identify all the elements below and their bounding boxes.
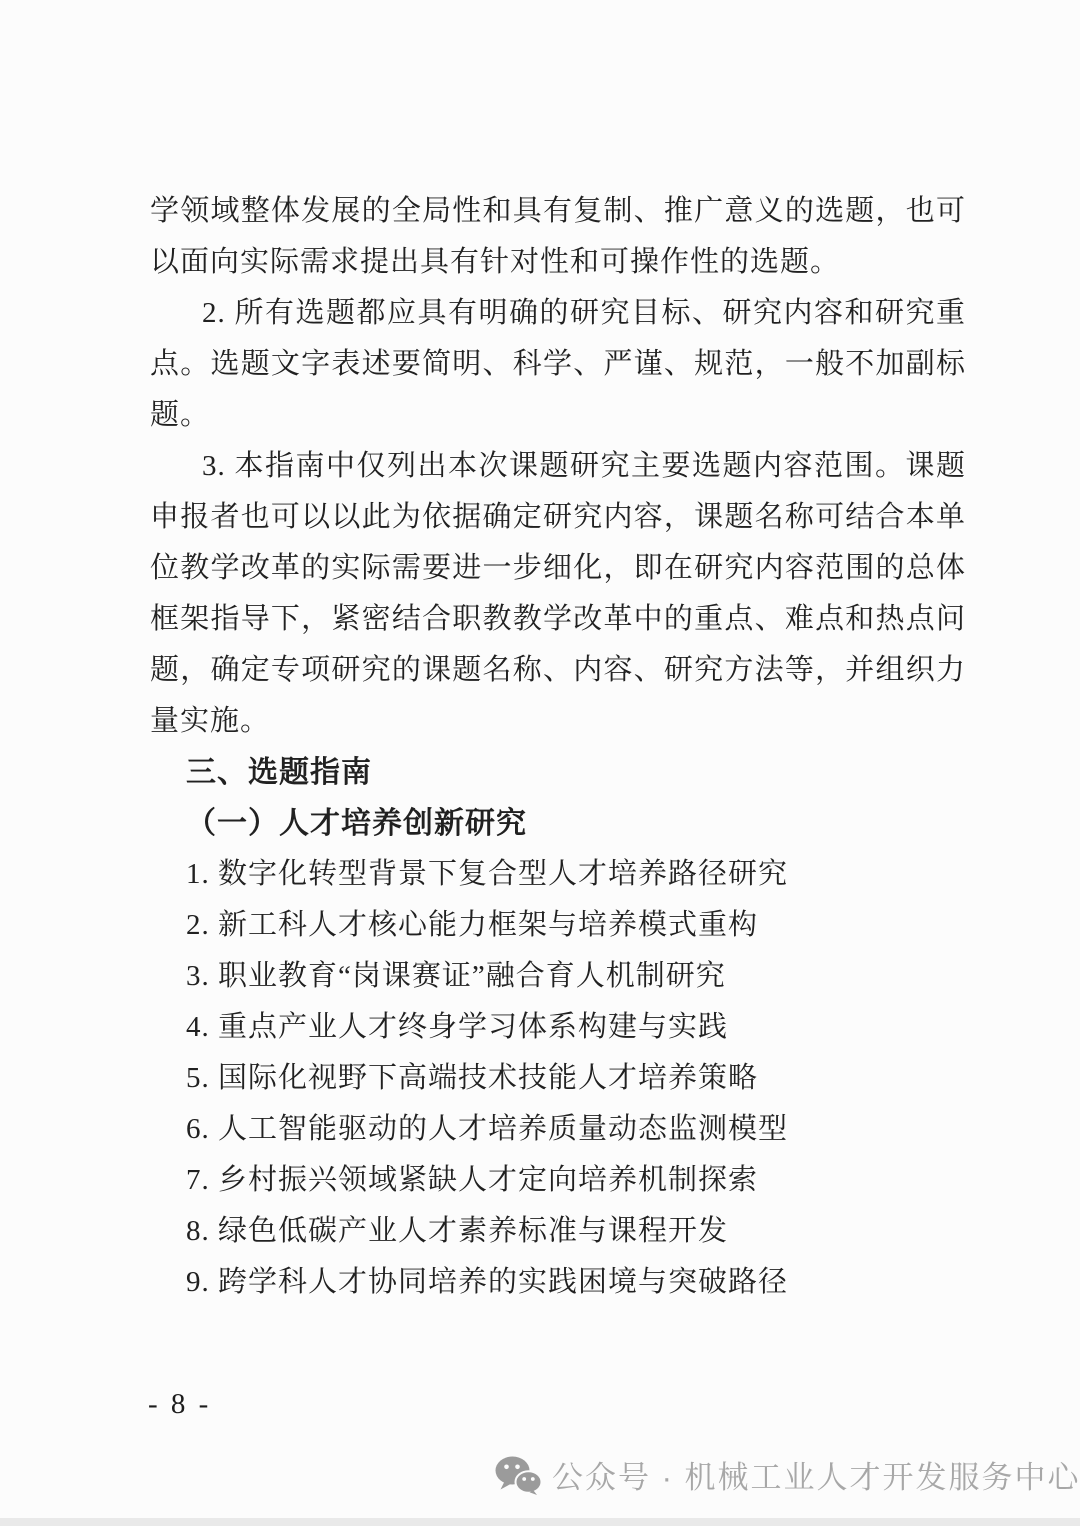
text-line: 位教学改革的实际需要进一步细化，即在研究内容范围的总体 xyxy=(150,543,966,594)
text-line: 2. 新工科人才核心能力框架与培养模式重构 xyxy=(150,900,966,951)
text-line: 点。选题文字表述要简明、科学、严谨、规范，一般不加副标 xyxy=(150,339,966,390)
page-number: - 8 - xyxy=(148,1388,211,1421)
text-line: 框架指导下，紧密结合职教教学改革中的重点、难点和热点问 xyxy=(150,594,966,645)
text-line: 4. 重点产业人才终身学习体系构建与实践 xyxy=(150,1002,966,1053)
text-line: 5. 国际化视野下高端技术技能人才培养策略 xyxy=(150,1053,966,1104)
text-line: （一）人才培养创新研究 xyxy=(150,798,966,849)
text-line: 9. 跨学科人才协同培养的实践困境与突破路径 xyxy=(150,1257,966,1308)
page-body: 学领域整体发展的全局性和具有复制、推广意义的选题，也可以面向实际需求提出具有针对… xyxy=(150,186,966,1308)
scan-edge-strip xyxy=(0,1518,1080,1526)
text-line: 3. 本指南中仅列出本次课题研究主要选题内容范围。课题 xyxy=(150,441,966,492)
text-line: 3. 职业教育“岗课赛证”融合育人机制研究 xyxy=(150,951,966,1002)
text-line: 三、选题指南 xyxy=(150,747,966,798)
text-line: 1. 数字化转型背景下复合型人才培养路径研究 xyxy=(150,849,966,900)
watermark: 公众号 · 机械工业人才开发服务中心 xyxy=(494,1452,1080,1497)
document-page: 学领域整体发展的全局性和具有复制、推广意义的选题，也可以面向实际需求提出具有针对… xyxy=(0,0,1080,1526)
text-line: 8. 绿色低碳产业人才素养标准与课程开发 xyxy=(150,1206,966,1257)
text-line: 申报者也可以以此为依据确定研究内容，课题名称可结合本单 xyxy=(150,492,966,543)
text-line: 学领域整体发展的全局性和具有复制、推广意义的选题，也可 xyxy=(150,186,966,237)
text-line: 7. 乡村振兴领域紧缺人才定向培养机制探索 xyxy=(150,1155,966,1206)
watermark-text: 公众号 · 机械工业人才开发服务中心 xyxy=(552,1452,1080,1497)
text-line: 题，确定专项研究的课题名称、内容、研究方法等，并组织力 xyxy=(150,645,966,696)
wechat-icon xyxy=(494,1455,542,1495)
text-line: 2. 所有选题都应具有明确的研究目标、研究内容和研究重 xyxy=(150,288,966,339)
text-line: 以面向实际需求提出具有针对性和可操作性的选题。 xyxy=(150,237,966,288)
text-line: 量实施。 xyxy=(150,696,966,747)
text-line: 6. 人工智能驱动的人才培养质量动态监测模型 xyxy=(150,1104,966,1155)
text-line: 题。 xyxy=(150,390,966,441)
